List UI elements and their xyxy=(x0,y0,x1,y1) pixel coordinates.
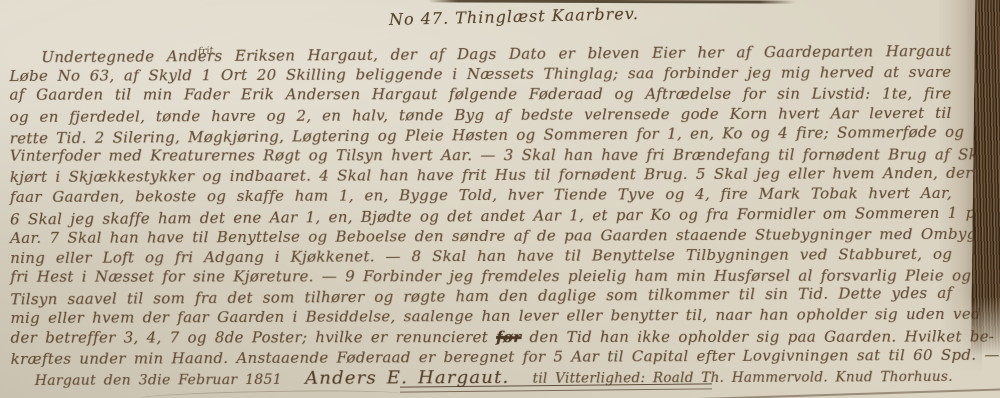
entry-header-title: No 47. Thinglæst Kaarbrev. xyxy=(14,0,1000,38)
book-binding-edge xyxy=(971,0,1000,363)
manuscript-line: Vinterfoder med Kreaturernes Røgt og Til… xyxy=(10,144,952,165)
manuscript-line: ning eller Loft og fri Adgang i Kjøkkene… xyxy=(10,244,952,268)
line-segment: der betreffer 3, 4, 7 og 8de Poster; hvi… xyxy=(11,328,489,347)
document-scan: No 47. Thinglæst Kaarbrev. frit Underteg… xyxy=(0,0,1000,398)
manuscript-line: kræftes under min Haand. Anstaaende Føde… xyxy=(11,345,953,369)
manuscript-body: Undertegnede Anders Eriksen Hargaut, der… xyxy=(9,42,953,393)
struck-word: før xyxy=(496,328,521,346)
manuscript-line: af Gaarden til min Fader Erik Andersen H… xyxy=(9,84,951,105)
line-segment: den Tid han ikke opholder sig paa Gaarde… xyxy=(529,327,994,346)
manuscript-line-with-strikethrough: der betreffer 3, 4, 7 og 8de Poster; hvi… xyxy=(11,326,953,347)
signature-place-date: Hargaut den 3die Februar 1851 xyxy=(35,372,282,389)
